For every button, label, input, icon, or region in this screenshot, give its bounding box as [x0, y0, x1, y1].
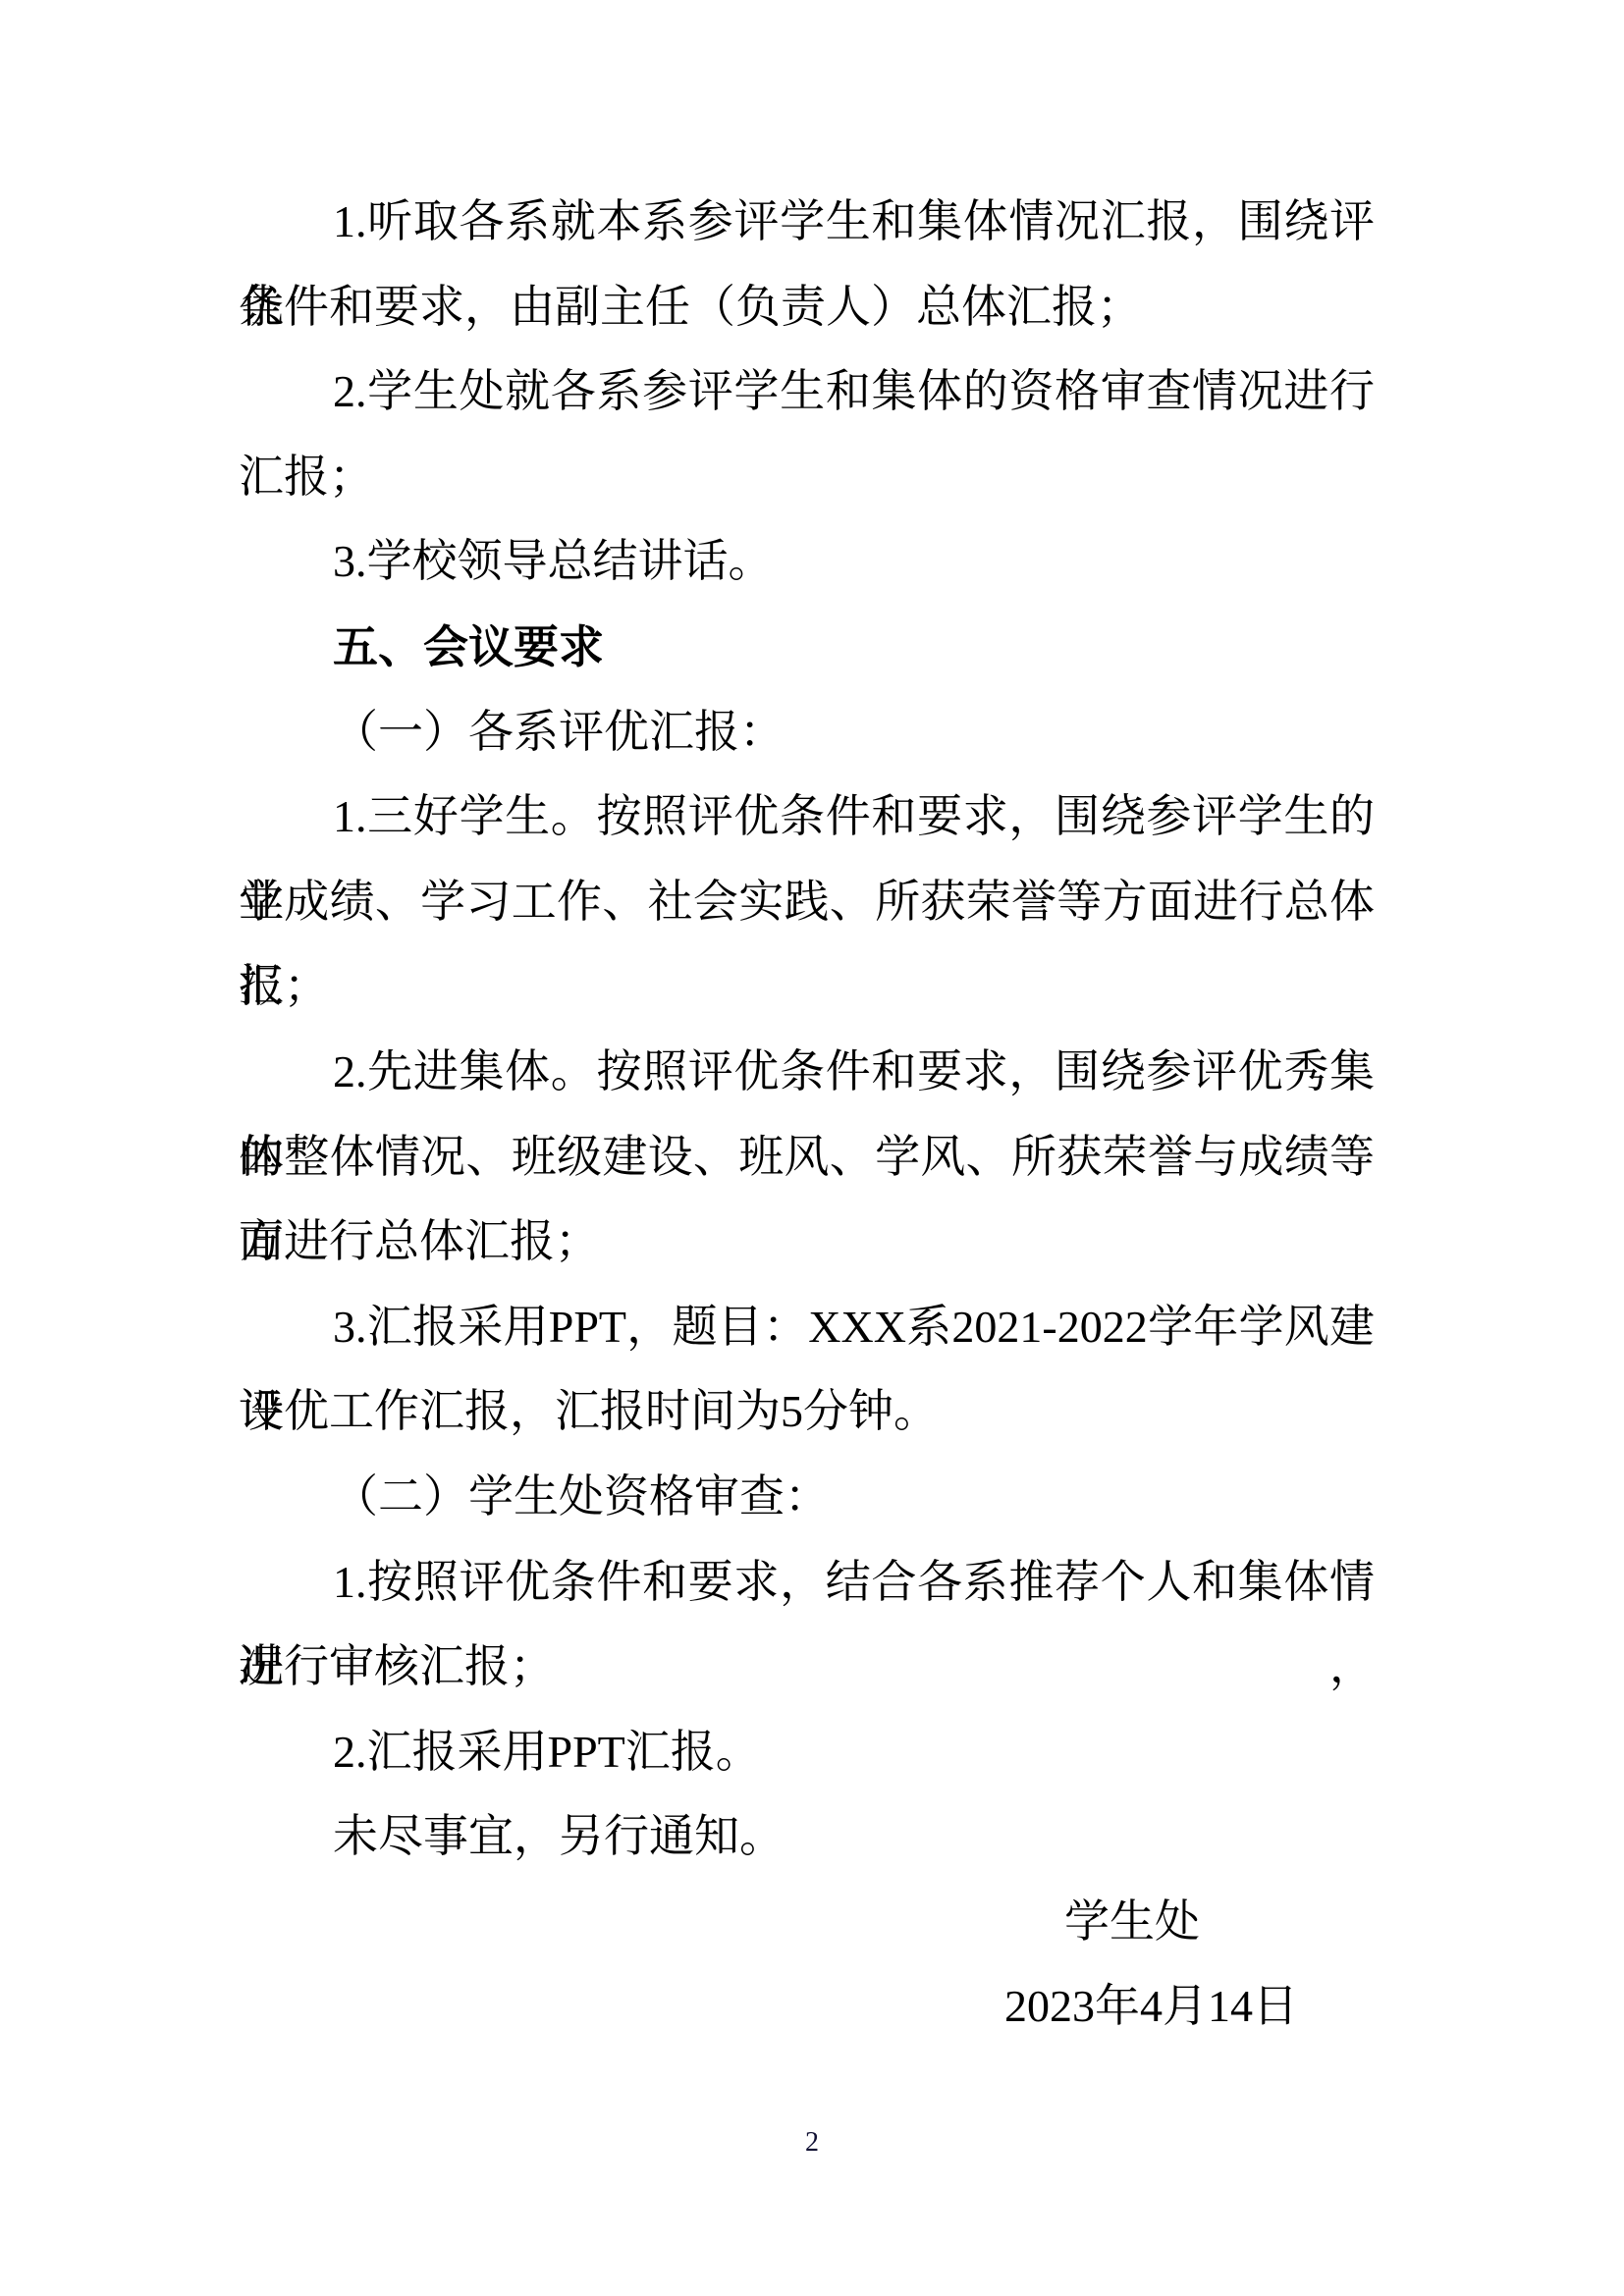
paragraph-line: 面进行总体汇报；	[239, 1200, 1375, 1285]
paragraph-line: 评优工作汇报，汇报时间为5分钟。	[239, 1369, 1375, 1455]
subsection-heading: （二）学生处资格审查：	[239, 1455, 1375, 1540]
paragraph-line: 报；	[239, 944, 1375, 1030]
paragraph-line: 未尽事宜，另行通知。	[239, 1794, 1375, 1880]
paragraph-line: 业成绩、学习工作、社会实践、所获荣誉等方面进行总体汇	[239, 860, 1375, 945]
signature-date: 2023年4月14日	[239, 1964, 1375, 2050]
subsection-heading: （一）各系评优汇报：	[239, 690, 1375, 775]
paragraph-line: 条件和要求，由副主任（负责人）总体汇报；	[239, 265, 1375, 350]
paragraph-line: 2.先进集体。按照评优条件和要求，围绕参评优秀集体	[239, 1030, 1375, 1115]
paragraph-line: 汇报；	[239, 435, 1375, 520]
document-page: 1.听取各系就本系参评学生和集体情况汇报，围绕评优 条件和要求，由副主任（负责人…	[0, 0, 1624, 2296]
paragraph-line: 2.汇报采用PPT汇报。	[239, 1710, 1375, 1795]
section-heading: 五、会议要求	[239, 605, 1375, 690]
paragraph-line: 3.汇报采用PPT，题目：XXX系2021-2022学年学风建设	[239, 1285, 1375, 1370]
paragraph-line: 1.按照评优条件和要求，结合各系推荐个人和集体情况，	[239, 1540, 1375, 1626]
paragraph-line: 1.听取各系就本系参评学生和集体情况汇报，围绕评优	[239, 180, 1375, 265]
paragraph-line: 的整体情况、班级建设、班风、学风、所获荣誉与成绩等方	[239, 1115, 1375, 1201]
paragraph-line: 3.学校领导总结讲话。	[239, 519, 1375, 605]
paragraph-line: 2.学生处就各系参评学生和集体的资格审查情况进行	[239, 349, 1375, 435]
page-number: 2	[0, 2126, 1624, 2160]
signature: 学生处	[239, 1880, 1375, 1965]
document-body: 1.听取各系就本系参评学生和集体情况汇报，围绕评优 条件和要求，由副主任（负责人…	[239, 180, 1375, 2050]
paragraph-line: 1.三好学生。按照评优条件和要求，围绕参评学生的学	[239, 774, 1375, 860]
